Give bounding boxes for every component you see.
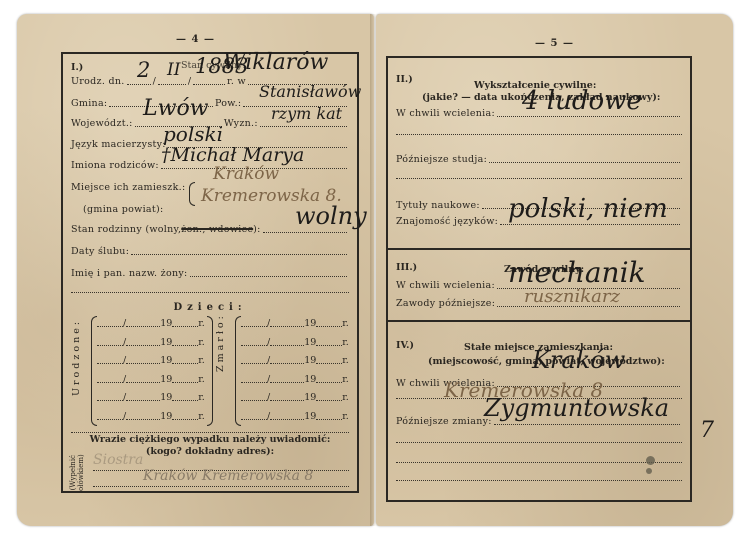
imie-zony-row: Imię i pan. nazw. żony:: [71, 268, 349, 279]
died-label: Zmarło:: [215, 313, 226, 372]
later-studies-row: Późniejsze studja:: [396, 154, 682, 165]
wojewodz-label: Województ.:: [71, 118, 133, 129]
imiona-value: †Michał Marya: [161, 144, 304, 166]
ink-stain: [646, 456, 655, 465]
pow-label: Pow.:: [215, 98, 241, 109]
stan-rodzinny-value: wolny: [295, 202, 367, 230]
personal-data-frame: I.) Stan cywilny: Wiklarów Urodz. dn. //…: [61, 52, 359, 493]
child-date-row: /19r.: [97, 318, 205, 329]
divider: [396, 134, 682, 135]
divider: [396, 178, 682, 179]
child-date-row: /19r.: [241, 392, 349, 403]
wyzn-value: rzym kat: [271, 104, 342, 123]
titles-label: Tytuły naukowe:: [396, 200, 480, 211]
later-changes-value: Zygmuntowska: [484, 394, 669, 422]
imie-zony-label: Imię i pan. nazw. żony:: [71, 268, 188, 279]
languages-label: Znajomość języków:: [396, 216, 498, 227]
section-divider: [388, 248, 690, 250]
fill-in-pencil-note: (Wypełnić ołówkiem): [69, 454, 85, 491]
later-occupations-label: Zawody późniejsze:: [396, 298, 495, 309]
child-date-row: /19r.: [241, 355, 349, 366]
right-page: — 5 — II.) Wykształcenie cywilne: (jakie…: [376, 14, 733, 526]
children-title: Dzieci:: [63, 302, 357, 313]
left-page: — 4 — I.) Stan cywilny: Wiklarów Urodz. …: [17, 14, 374, 526]
gmina-label: Gmina:: [71, 98, 107, 109]
daty-slubu-row: Daty ślubu:: [71, 246, 349, 257]
section-number: III.): [396, 262, 417, 273]
divider: [71, 292, 349, 293]
occupation-value: mechanik: [508, 256, 645, 289]
divider: [396, 442, 682, 443]
child-date-row: /19r.: [97, 392, 205, 403]
pow-value: Stanisławów: [259, 82, 361, 101]
education-value: 4 ludowe: [522, 86, 642, 116]
imiona-label: Imiona rodziców:: [71, 160, 159, 171]
page-number: — 5 —: [376, 38, 733, 49]
at-enlistment-label: W chwili wcielenia:: [396, 280, 495, 291]
birth-month-value: II: [167, 60, 180, 80]
later-studies-label: Późniejsze studja:: [396, 154, 487, 165]
residence-city-value: Kraków: [532, 346, 625, 374]
page-number: — 4 —: [17, 34, 374, 45]
miejsce-value-city: Kraków: [213, 164, 279, 184]
child-date-row: /19r.: [97, 337, 205, 348]
child-date-row: /19r.: [241, 411, 349, 422]
emergency-value-line1: Siostra: [93, 452, 143, 468]
later-changes-label: Późniejsze zmiany:: [396, 416, 492, 427]
divider: [396, 462, 682, 463]
divider: [396, 480, 682, 481]
jezyk-value: polski: [163, 122, 223, 146]
education-frame: II.) Wykształcenie cywilne: (jakie? — da…: [386, 56, 692, 502]
later-occupations-value: rusznikarz: [524, 286, 620, 307]
emergency-value-line2: Kraków Kremerowska 8: [143, 468, 313, 484]
died-brace-left: [235, 316, 241, 426]
child-date-row: /19r.: [241, 318, 349, 329]
birth-day-value: 2: [137, 58, 150, 82]
section-number: I.): [71, 62, 83, 73]
languages-value: polski, niem: [508, 194, 668, 224]
section-number: IV.): [396, 340, 414, 351]
miejsce-label: Miejsce ich zamieszk.:: [71, 182, 185, 193]
wyzn-label: Wyzn.:: [224, 118, 258, 129]
divider: [71, 432, 349, 433]
birth-label: Urodz. dn.: [71, 76, 125, 87]
section-divider: [388, 320, 690, 322]
emergency-line: [93, 486, 349, 487]
at-enlistment-label: W chwili wcielenia:: [396, 108, 495, 119]
stan-rodzinny-label: Stan rodzinny (wolny,żon., wdowiec):: [71, 224, 261, 235]
child-date-row: /19r.: [241, 337, 349, 348]
daty-slubu-label: Daty ślubu:: [71, 246, 129, 257]
child-date-row: /19r.: [97, 374, 205, 385]
jezyk-label: Język macierzysty:: [71, 139, 166, 150]
child-date-row: /19r.: [97, 411, 205, 422]
ink-stain: [646, 468, 652, 474]
born-label: Urodzone:: [71, 319, 82, 396]
gmina-powiat-label: (gmina powiat):: [83, 204, 164, 215]
born-brace-left: [91, 316, 97, 426]
later-changes-number: 7: [700, 418, 714, 443]
birth-year-value: 1883: [195, 54, 248, 78]
born-brace-right: [207, 316, 213, 426]
child-date-row: /19r.: [241, 374, 349, 385]
section-number: II.): [396, 74, 413, 85]
child-date-row: /19r.: [97, 355, 205, 366]
brace: [189, 182, 195, 206]
emergency-line1: Wrazie ciężkiego wypadku należy uwiadomi…: [63, 434, 357, 445]
